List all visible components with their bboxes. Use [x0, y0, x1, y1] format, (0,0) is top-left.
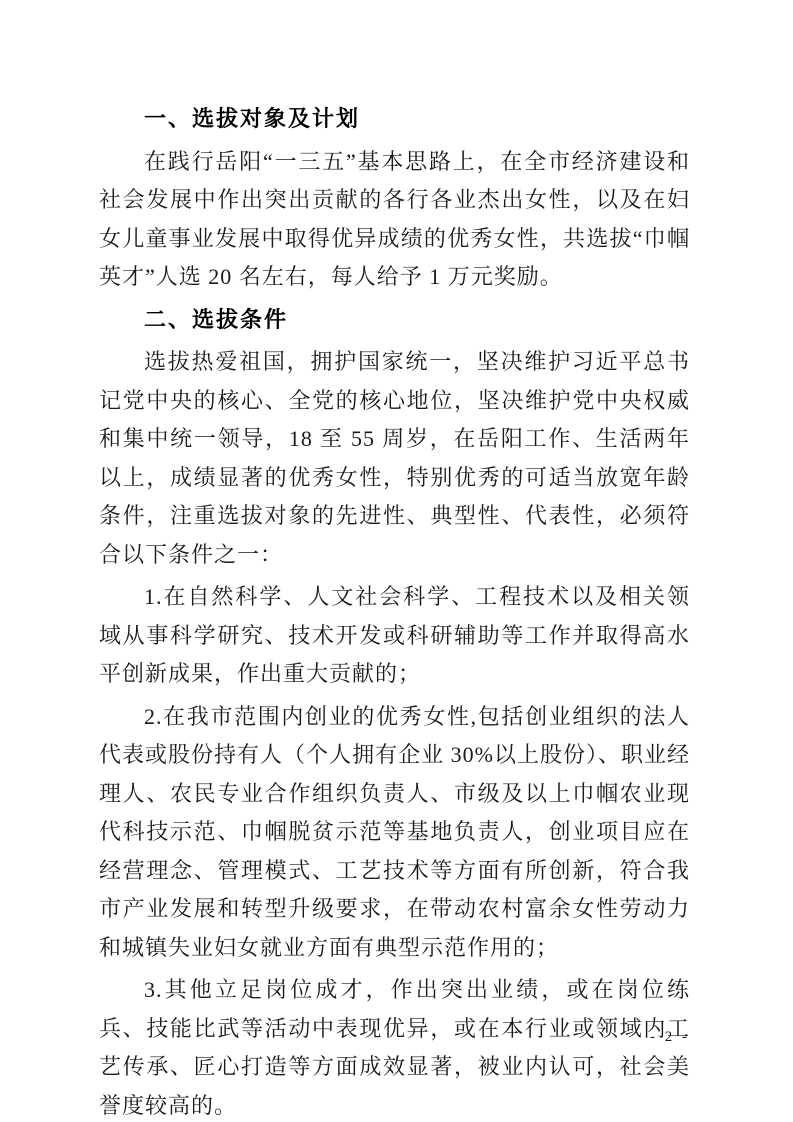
- heading-selection-criteria: 二、选拔条件: [99, 301, 690, 340]
- para-criterion-1: 1.在自然科学、人文社会科学、工程技术以及相关领域从事科学研究、技术开发或科研辅…: [99, 578, 690, 694]
- para-criterion-2: 2.在我市范围内创业的优秀女性,包括创业组织的法人代表或股份持有人（个人拥有企业…: [99, 698, 690, 968]
- document-page: 一、选拔对象及计划 在践行岳阳“一三五”基本思路上，在全市经济建设和社会发展中作…: [0, 0, 793, 1122]
- para-selection-criteria-intro: 选拔热爱祖国，拥护国家统一，坚决维护习近平总书记党中央的核心、全党的核心地位，坚…: [99, 343, 690, 574]
- page-number: - 2 -: [99, 1026, 690, 1048]
- heading-selection-targets-and-plan: 一、选拔对象及计划: [99, 100, 690, 139]
- para-selection-targets-and-plan: 在践行岳阳“一三五”基本思路上，在全市经济建设和社会发展中作出突出贡献的各行各业…: [99, 143, 690, 297]
- document-body: 一、选拔对象及计划 在践行岳阳“一三五”基本思路上，在全市经济建设和社会发展中作…: [99, 100, 690, 1122]
